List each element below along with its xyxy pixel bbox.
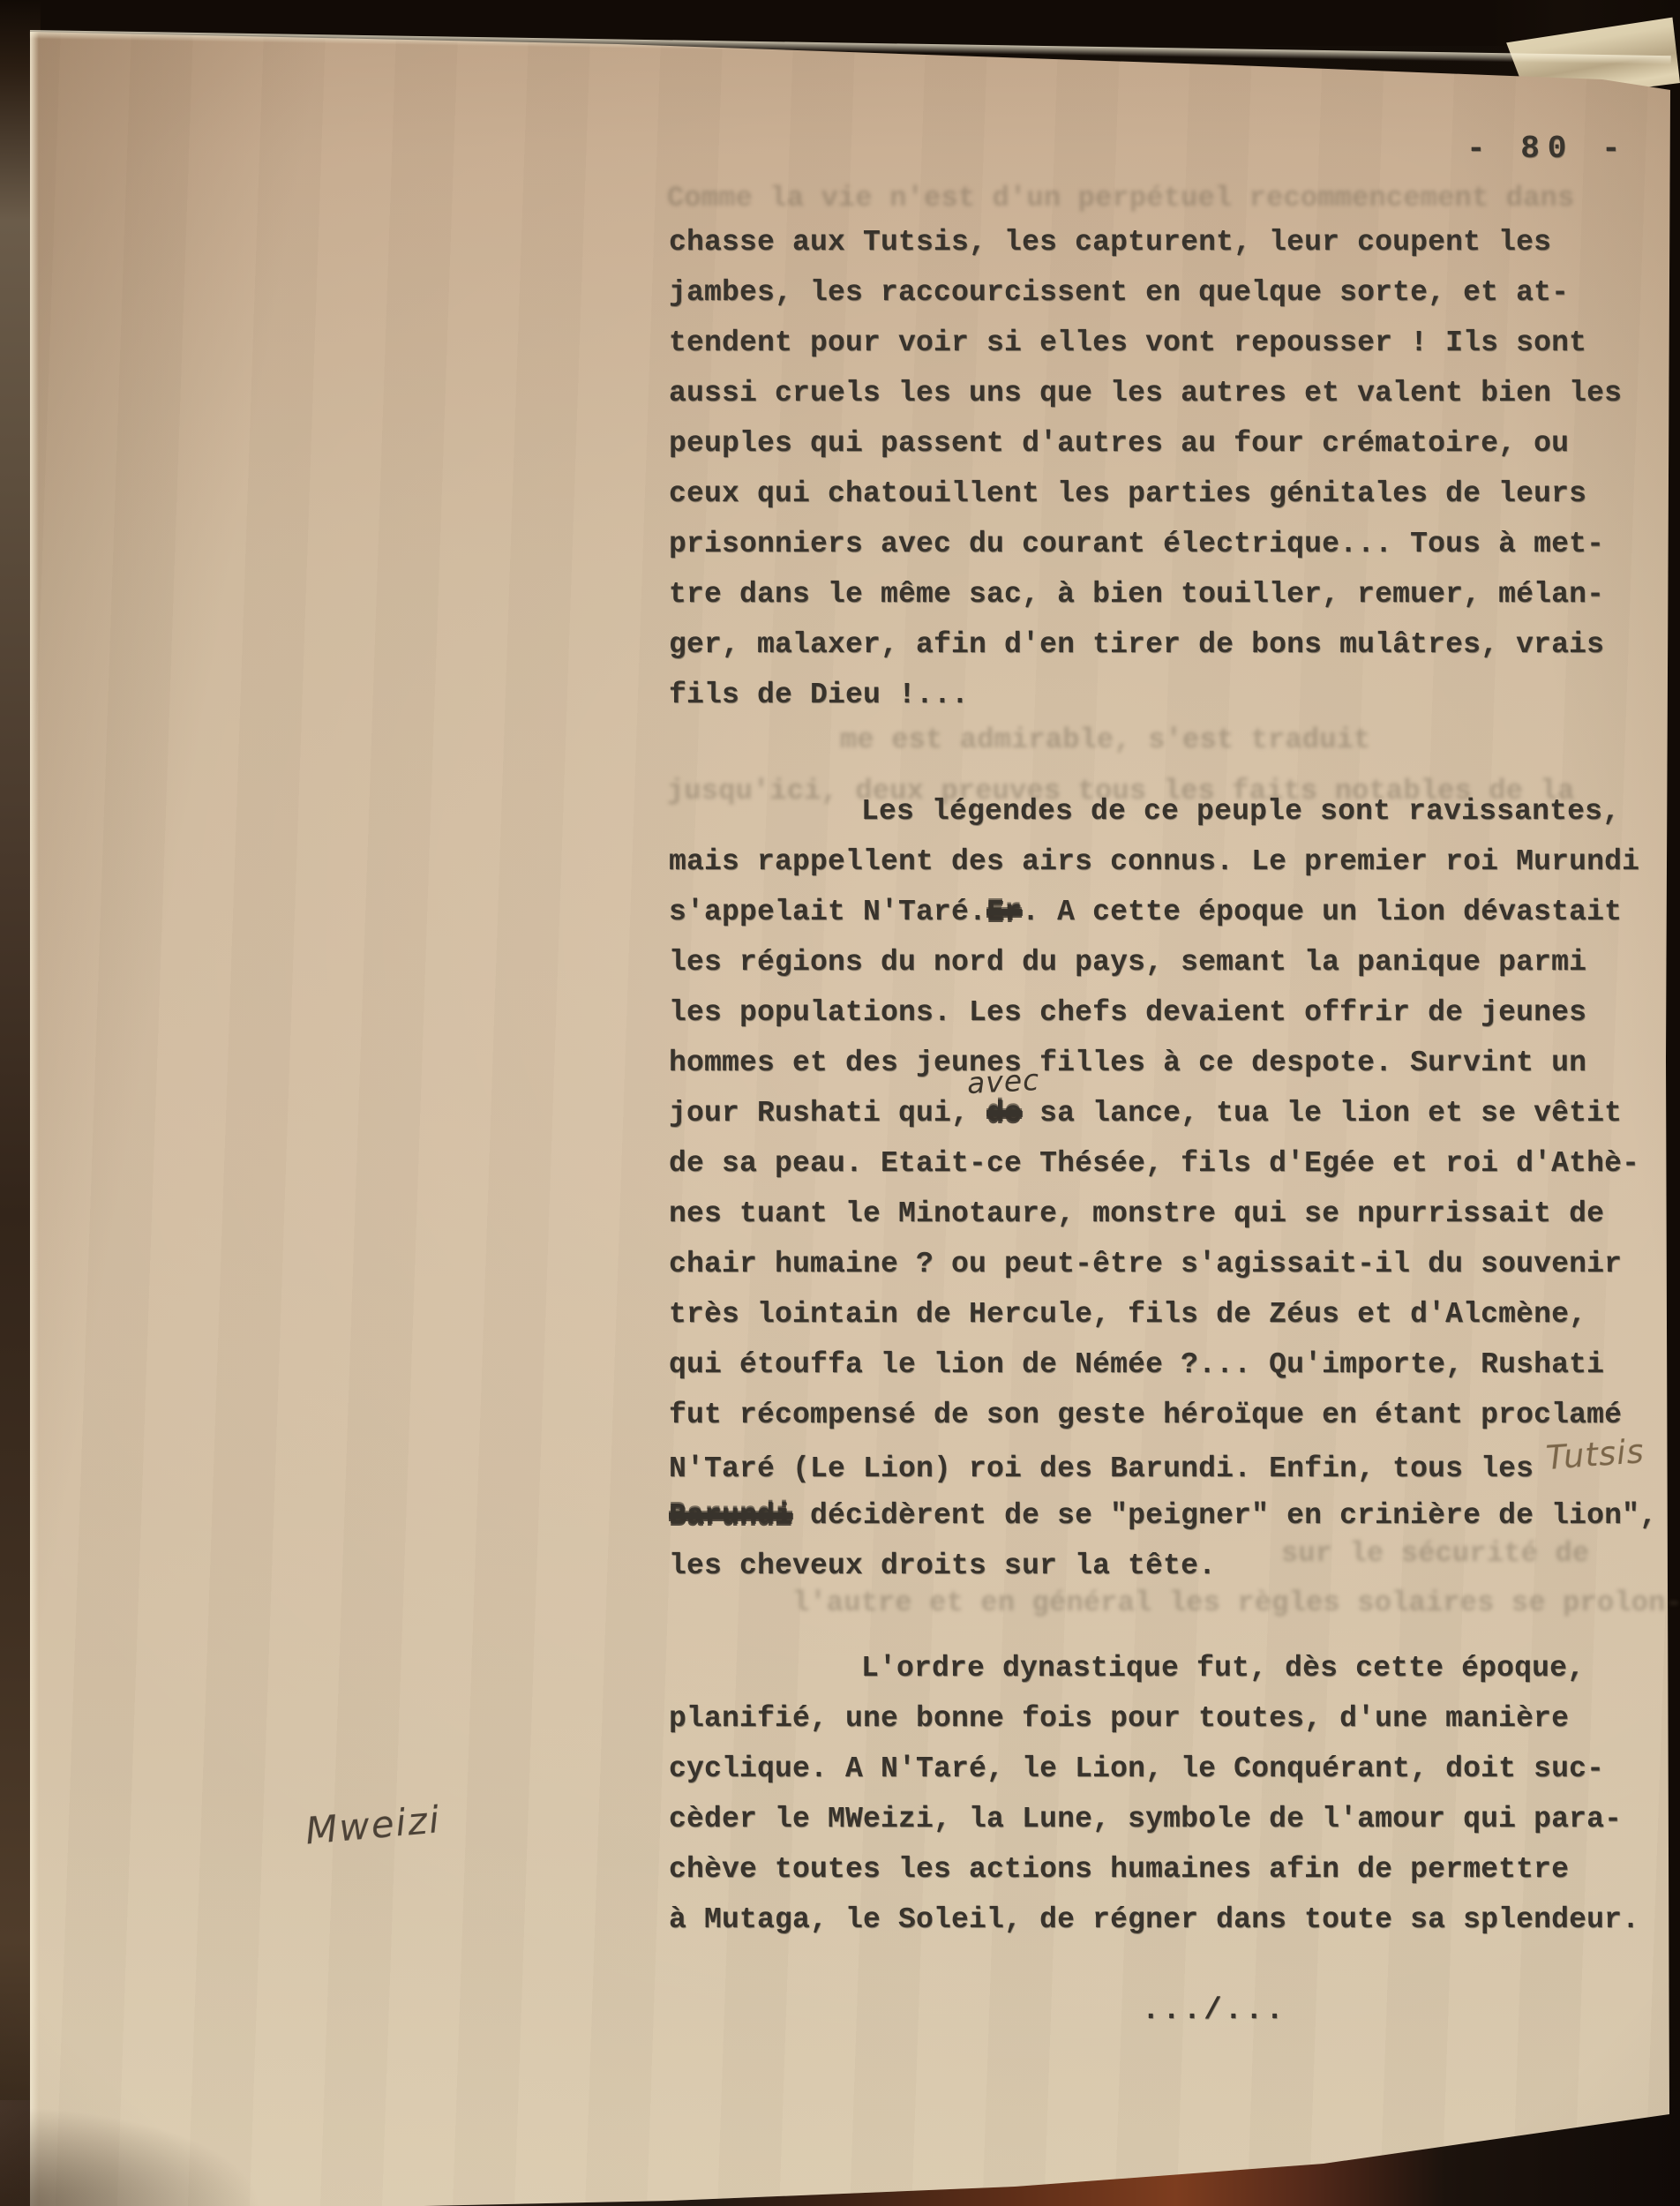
bleedthrough-line: Comme la vie n'est d'un perpétuel recomm… — [667, 182, 1574, 214]
typed-line: les populations. Les chefs devaient offr… — [669, 987, 1662, 1038]
typed-line: les régions du nord du pays, semant la p… — [669, 937, 1662, 987]
typed-line: fut récompensé de son geste héroïque en … — [669, 1390, 1662, 1440]
typed-line: chair humaine ? ou peut-être s'agissait-… — [669, 1239, 1662, 1289]
typed-line: cèder le MWeizi, la Lune, symbole de l'a… — [669, 1794, 1662, 1844]
handwritten-annotation-tutsis: Tutsis — [1544, 1426, 1646, 1483]
typed-line: ceux qui chatouillent les parties génita… — [669, 469, 1662, 519]
typed-line: à Mutaga, le Soleil, de régner dans tout… — [669, 1895, 1662, 1945]
typed-segment: s'appelait N'Taré. — [669, 896, 986, 928]
typed-line: tre dans le même sac, à bien touiller, r… — [669, 569, 1662, 619]
typed-line: fils de Dieu !... — [669, 670, 1662, 720]
typed-line: L'ordre dynastique fut, dès cette époque… — [669, 1643, 1662, 1693]
typed-line: les cheveux droits sur la tête. — [669, 1541, 1662, 1591]
typed-line: tendent pour voir si elles vont repousse… — [669, 318, 1662, 368]
typed-line: s'appelait N'Taré.Er. A cette époque un … — [669, 887, 1662, 937]
photographed-manuscript-page: Comme la vie n'est d'un perpétuel recomm… — [0, 0, 1680, 2206]
typed-segment: N'Taré (Le Lion) roi des Barundi. Enfin,… — [669, 1452, 1534, 1485]
page-left-edge — [30, 32, 39, 2206]
typed-text-block: chasse aux Tutsis, les capturent, leur c… — [669, 217, 1662, 1945]
paragraph-1: chasse aux Tutsis, les capturent, leur c… — [669, 217, 1662, 720]
typed-line: aussi cruels les uns que les autres et v… — [669, 368, 1662, 418]
paragraph-3: L'ordre dynastique fut, dès cette époque… — [669, 1643, 1662, 1945]
typed-line: très lointain de Hercule, fils de Zéus e… — [669, 1289, 1662, 1339]
typed-line: planifié, une bonne fois pour toutes, d'… — [669, 1693, 1662, 1744]
typed-line: de sa peau. Etait-ce Thésée, fils d'Egée… — [669, 1138, 1662, 1189]
typed-line: jambes, les raccourcissent en quelque so… — [669, 267, 1662, 318]
typed-line: nes tuant le Minotaure, monstre qui se n… — [669, 1189, 1662, 1239]
typed-line: peuples qui passent d'autres au four cré… — [669, 418, 1662, 469]
typed-line: ger, malaxer, afin d'en tirer de bons mu… — [669, 619, 1662, 670]
bottom-left-shadow — [0, 2065, 494, 2206]
typed-line: qui étouffa le lion de Némée ?... Qu'imp… — [669, 1339, 1662, 1390]
typed-line: jour Rushati qui, de sa lance, tua le li… — [669, 1088, 1662, 1138]
paragraph-2: Les légendes de ce peuple sont ravissant… — [669, 786, 1662, 1591]
typed-segment: décidèrent de se "peigner" en crinière d… — [792, 1499, 1657, 1532]
continuation-mark: .../... — [1142, 1994, 1286, 2028]
typed-line: hommes et des jeunes filles à ce despote… — [669, 1038, 1662, 1088]
typed-line: N'Taré (Le Lion) roi des Barundi. Enfin,… — [669, 1440, 1662, 1490]
typed-segment: . A cette époque un lion dévastait — [1022, 896, 1622, 928]
typed-line: Les légendes de ce peuple sont ravissant… — [669, 786, 1662, 837]
typed-segment: jour Rushati qui, — [669, 1097, 986, 1129]
struck-text: Barundi — [669, 1499, 792, 1532]
handwritten-annotation-avec: avec — [966, 1054, 1041, 1108]
typed-line: mais rappellent des airs connus. Le prem… — [669, 837, 1662, 887]
typed-line: prisonniers avec du courant électrique..… — [669, 519, 1662, 569]
typed-line: chève toutes les actions humaines afin d… — [669, 1844, 1662, 1895]
typed-line: Barundi décidèrent de se "peigner" en cr… — [669, 1490, 1662, 1541]
page-number: - 80 - — [1466, 131, 1629, 167]
struck-text: Er — [986, 896, 1022, 928]
typed-line: cyclique. A N'Taré, le Lion, le Conquéra… — [669, 1744, 1662, 1794]
typed-line: chasse aux Tutsis, les capturent, leur c… — [669, 217, 1662, 267]
typed-segment: sa lance, tua le lion et se vêtit — [1022, 1097, 1622, 1129]
